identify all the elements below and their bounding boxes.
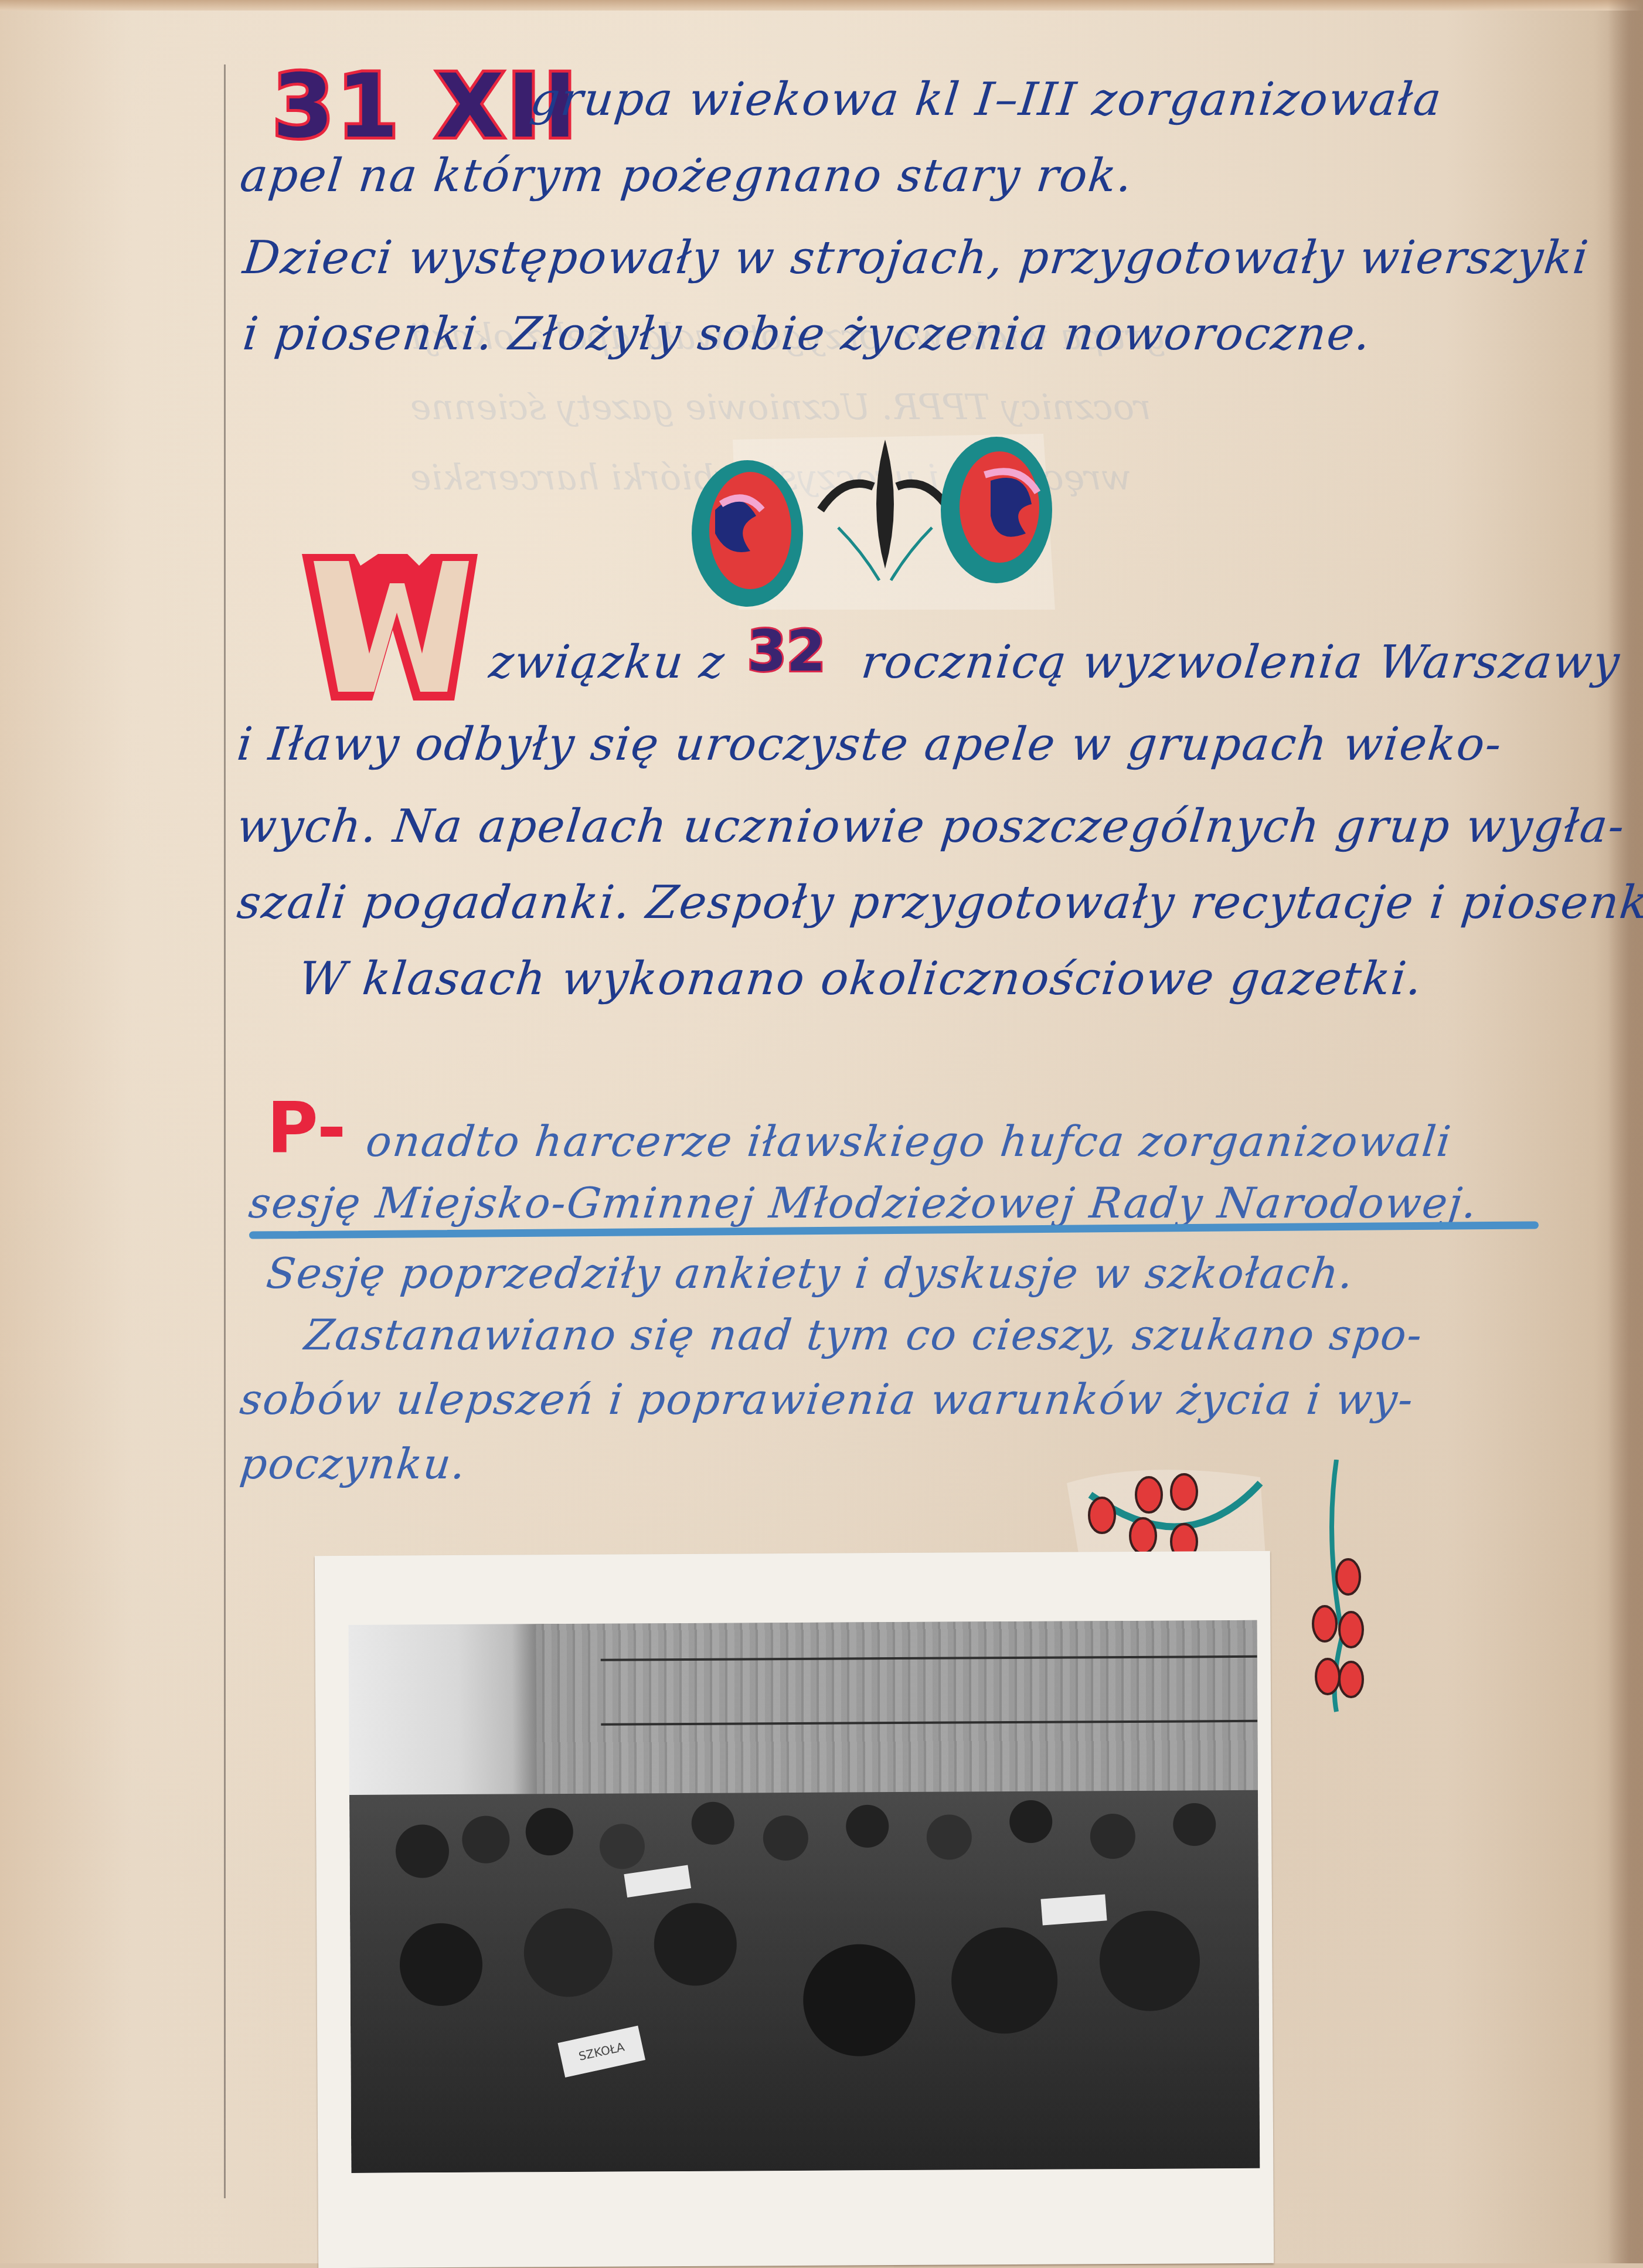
entry3-line-6: poczynku. [238,1439,469,1488]
entry1-line-2: apel na którym pożegnano stary rok. [237,149,1135,202]
entry2-line-1-end: rocznicą wyzwolenia Warszawy [859,636,1623,689]
entry2-line-1-start: związku z [487,636,727,689]
entry1-line-3: Dzieci występowały w strojach, przygotow… [240,232,1591,284]
table-name-sign [1040,1894,1107,1925]
entry3-line-3: Sesję poprzedziły ankiety i dyskusje w s… [264,1249,1357,1298]
folk-flower-ornament-icon [692,434,1067,621]
wood-panel-wall [536,1620,1258,1817]
entry2-line-3: wych. Na apelach uczniowie poszczególnyc… [234,800,1628,853]
svg-text:W: W [296,548,306,550]
entry1-line-4: i piosenki. Złożyły sobie życzenia nowor… [240,308,1374,361]
entry1-line-1: grupa wiekowa kl I–III zorganizowała [528,73,1444,126]
seated-audience [349,1790,1260,2173]
entry3-line-1: onadto harcerze iławskiego hufca zorgani… [364,1117,1454,1166]
page-top-edge [0,0,1643,11]
bleed-through-text-2: rocznicy TPPR. Uczniowie gazety ścienne [410,375,1151,440]
entry2-line-2: i Iławy odbyły się uroczyste apele w gru… [234,718,1505,771]
entry2-line-4: szali pogadanki. Zespoły przygotowały re… [234,876,1643,929]
entry3-line-4: Zastanawiano się nad tym co cieszy, szuk… [302,1310,1426,1359]
photo-image: SZKOŁA [348,1620,1260,2173]
decorative-initial-w-icon: W [296,548,484,706]
margin-line [224,64,226,2198]
anniversary-number: 32 [747,618,826,684]
entry3-underlined-line: sesję Miejsko-Gminnej Młodzieżowej Rady … [247,1178,1480,1227]
decorative-initial-p: P- [267,1087,346,1169]
page-right-edge [1608,0,1643,2263]
notebook-page: grupa wiekowa przygotowała apel z okazji… [0,0,1643,2263]
entry3-line-5: sobów ulepszeń i poprawienia warunków ży… [238,1375,1417,1424]
entry2-line-5: W klasach wykonano okolicznościowe gazet… [296,953,1426,1005]
pasted-photograph: SZKOŁA [315,1551,1274,2263]
